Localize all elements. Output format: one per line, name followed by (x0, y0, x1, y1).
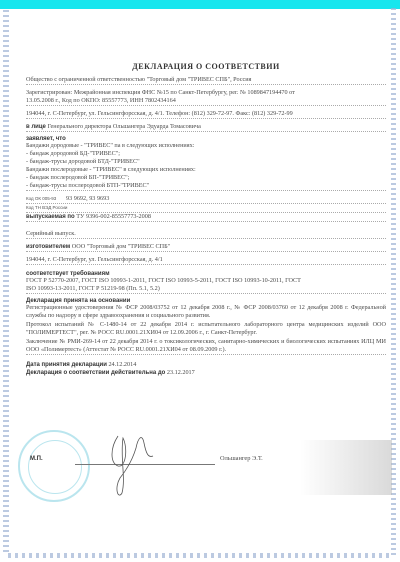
okp-value: 93 9692, 93 9693 (66, 195, 109, 203)
represented-by: Генерального директора Ольшангера Эдуард… (47, 123, 200, 130)
produced-by-label: выпускаемая по (26, 214, 75, 220)
produced-by-row: выпускаемая по ТУ 9396-002-85557773-2008 (26, 213, 386, 222)
valid-until: 23.12.2017 (167, 369, 195, 376)
produced-by-value: ТУ 9396-002-85557773-2008 (76, 213, 151, 220)
scan-top-band (0, 0, 400, 9)
acceptance-date: 24.12.2014 (108, 361, 136, 368)
manufacturer-label: изготовителем (26, 244, 70, 250)
signer-name: Ольшангер Э.Т. (220, 455, 263, 462)
product-line: - бандаж послеродовой БП-"ТРИВЕС"; (26, 174, 386, 182)
standards-line-2: ISO 10993-13-2011, ГОСТ Р 51219-98 (Пп. … (26, 285, 386, 294)
basis-paragraph: Протокол испытаний № С-1480-14 от 22 дек… (26, 321, 386, 338)
handwritten-signature (108, 428, 168, 503)
product-line: Бандажи послеродовые - "ТРИВЕС" в следую… (26, 166, 386, 174)
applicant: Общество с ограниченной ответственностью… (26, 76, 386, 85)
product-line: - бандаж-трусы дородовой БТД-"ТРИВЕС" (26, 158, 386, 166)
decorative-border-bottom (8, 553, 393, 558)
address-contacts: 194044, г. С-Петербург, ул. Гельсингфорс… (26, 110, 386, 119)
document-title: ДЕКЛАРАЦИЯ О СООТВЕТСТВИИ (26, 62, 386, 71)
manufacturer-name: ООО "Торговый дом "ТРИВЕС СПБ" (72, 243, 170, 250)
acceptance-date-row: Дата принятия декларации 24.12.2014 (26, 361, 386, 369)
acceptance-date-label: Дата принятия декларации (26, 362, 107, 368)
release-type: Серийный выпуск. (26, 230, 386, 239)
okp-label: Код ОК 005-93 (26, 195, 66, 203)
registration-line-1: Зарегистрирован: Межрайонная инспекция Ф… (26, 89, 386, 97)
represented-label: в лице (26, 124, 46, 130)
tnved-code-row: Код ТН ВЭД России (26, 204, 386, 213)
basis-paragraph: Заключение № РМИ-269-14 от 22 декабря 20… (26, 338, 386, 356)
decorative-border-left (3, 10, 9, 555)
manufacturer-row: изготовителем ООО "Торговый дом "ТРИВЕС … (26, 243, 386, 252)
seal-label: М.П. (30, 456, 43, 462)
valid-until-row: Декларация о соответствии действительна … (26, 369, 386, 377)
registration-line-2: 13.05.2008 г., Код по ОКПО: 85557773, ИН… (26, 97, 386, 106)
product-line: - бандаж дородовой БД-"ТРИВЕС"; (26, 150, 386, 158)
valid-until-label: Декларация о соответствии действительна … (26, 370, 165, 376)
tnved-label: Код ТН ВЭД России (26, 204, 66, 212)
manufacturer-address: 194044, г. С-Петербург, ул. Гельсингфорс… (26, 256, 386, 265)
product-line: - бандаж-трусы послеродовой БТП-"ТРИВЕС" (26, 182, 386, 191)
product-line: Бандажи дородовые - "ТРИВЕС" па в следую… (26, 142, 386, 150)
basis-paragraph: Регистрационные удостоверения № ФСР 2008… (26, 304, 386, 321)
signature-block: М.П. Ольшангер Э.Т. (30, 452, 370, 472)
standards-line-1: ГОСТ Р 52770-2007, ГОСТ ISO 10993-1-2011… (26, 277, 386, 285)
okp-code-row: Код ОК 005-93 93 9692, 93 9693 (26, 195, 386, 204)
declaration-document: ДЕКЛАРАЦИЯ О СООТВЕТСТВИИ Общество с огр… (26, 62, 386, 377)
represented-by-row: в лице Генерального директора Ольшангера… (26, 123, 386, 132)
